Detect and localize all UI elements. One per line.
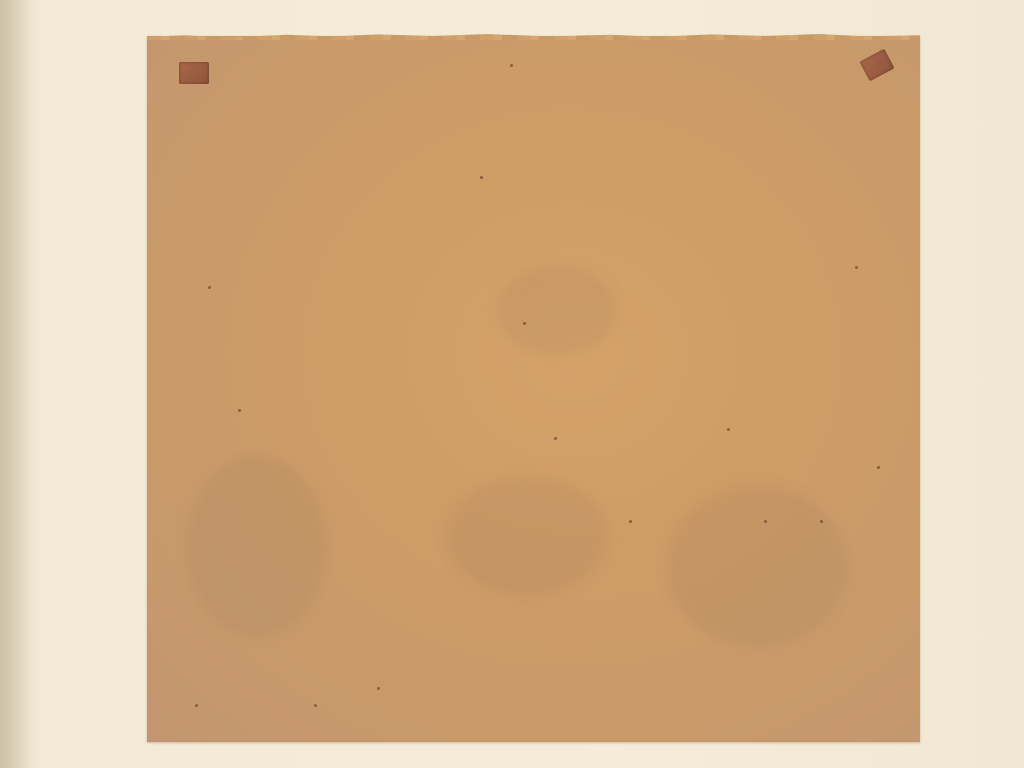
paper-sheet <box>147 36 920 742</box>
speck <box>554 437 557 440</box>
speck <box>480 176 483 179</box>
speck <box>727 428 730 431</box>
speck <box>820 520 823 523</box>
speck <box>764 520 767 523</box>
stain <box>187 456 327 636</box>
speck <box>377 687 380 690</box>
speck <box>208 286 211 289</box>
speck <box>877 466 880 469</box>
speck <box>314 704 317 707</box>
mounting-tab-left <box>179 62 209 84</box>
speck <box>238 409 241 412</box>
stain <box>497 266 617 356</box>
stain <box>447 476 607 596</box>
speck <box>510 64 513 67</box>
wall-shadow <box>0 0 30 768</box>
speck <box>855 266 858 269</box>
speck <box>195 704 198 707</box>
background-wall <box>0 0 1024 768</box>
mounting-tab-right <box>859 49 894 82</box>
paper-ragged-top-edge <box>147 32 920 40</box>
speck <box>523 322 526 325</box>
speck <box>629 520 632 523</box>
stain <box>667 486 847 646</box>
